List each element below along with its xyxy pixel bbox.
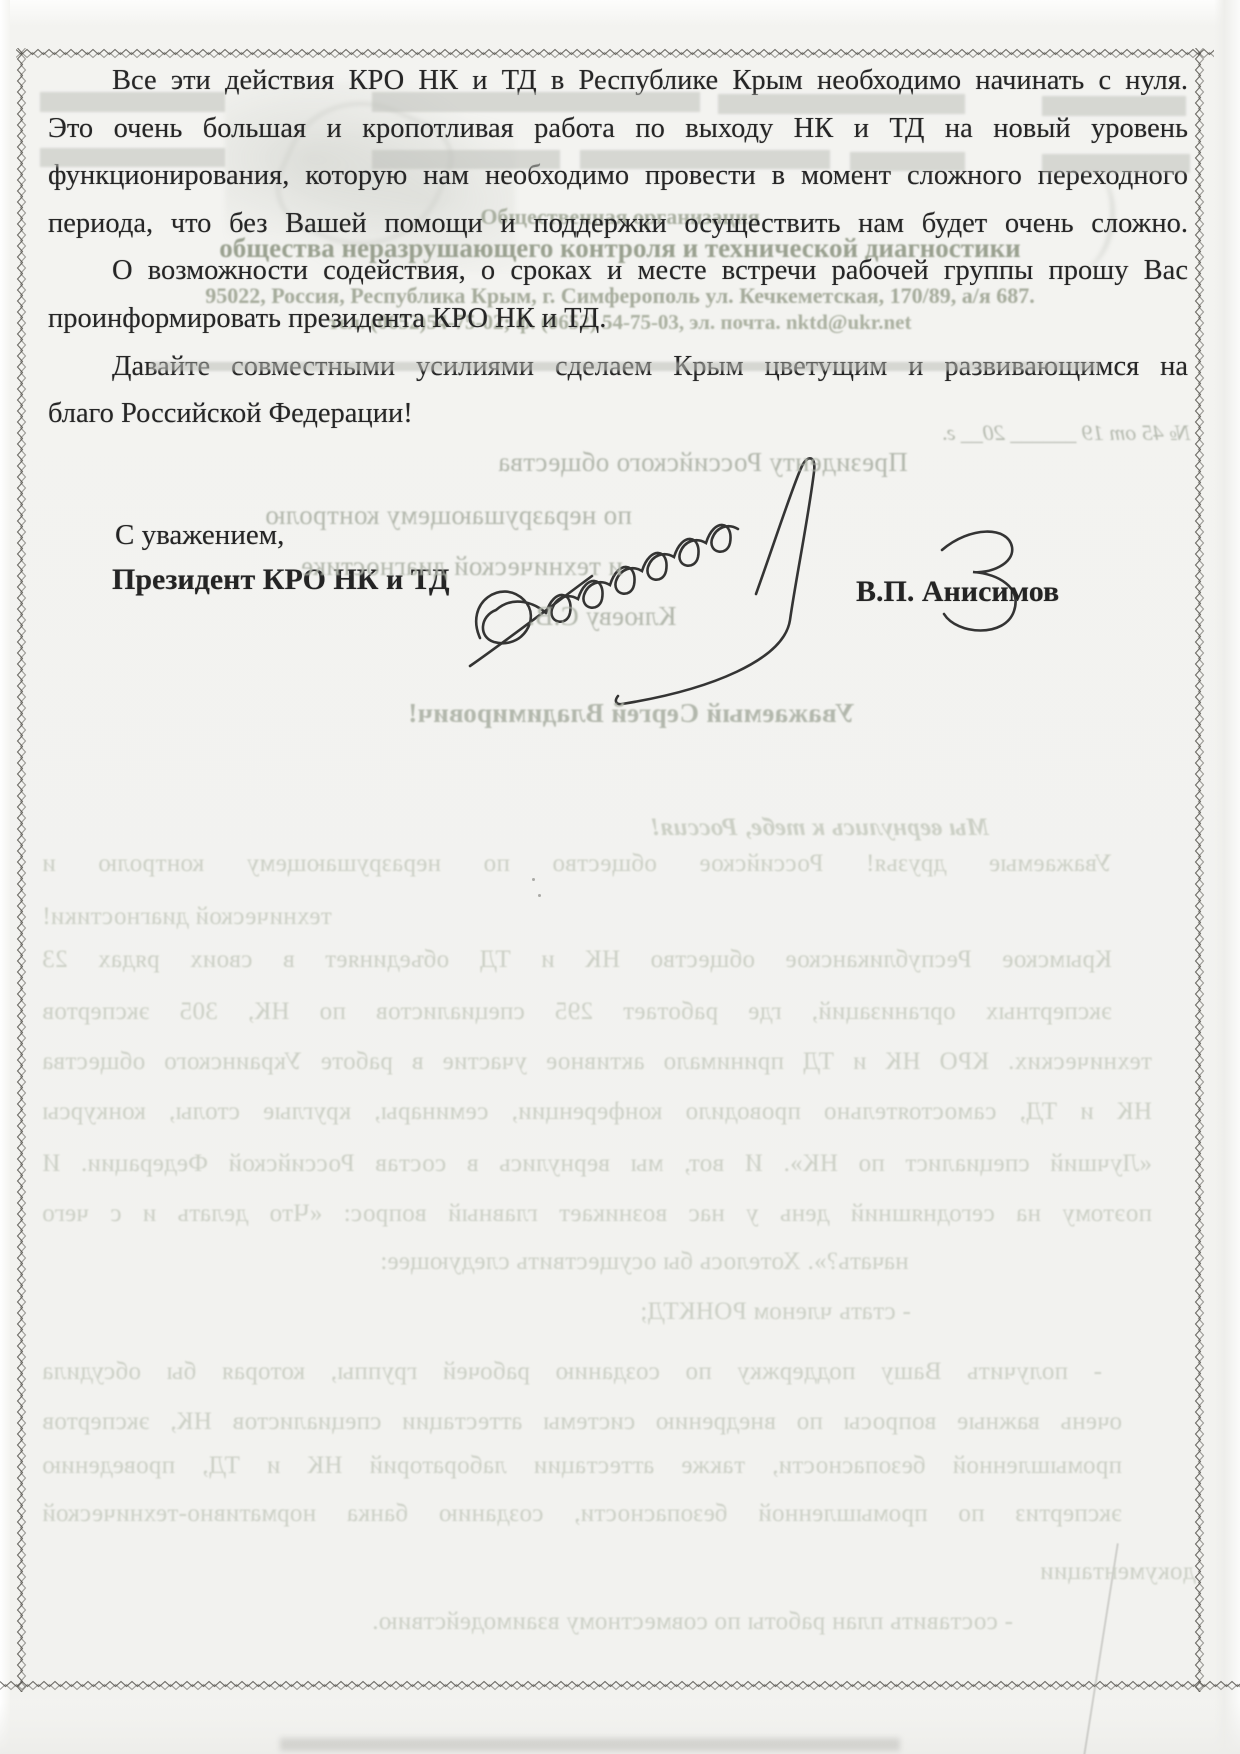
bleedthrough-line: промышленной безопасности, также аттеста… <box>42 1452 1122 1480</box>
bleedthrough-line: технической диагностики! <box>42 903 332 931</box>
showthrough-bar <box>40 92 225 112</box>
bleedthrough-line: Мы вернулись к тебе, Россия! <box>650 814 989 842</box>
showthrough-bar <box>850 152 965 171</box>
bleedthrough-line: Уважаемый Сергей Владимирович! <box>408 698 855 729</box>
scan-edge-right <box>1214 0 1240 1754</box>
bleedthrough-line: Президенту Российского общества <box>498 447 908 478</box>
dust-speck <box>538 894 541 897</box>
zigzag-border-left-icon <box>16 48 30 1692</box>
bleedthrough-line: и технической диагностике <box>301 551 623 582</box>
bleedthrough-line: технических. КРО НК и ТД принимало актив… <box>42 1048 1152 1076</box>
bleedthrough-line: - составить план работы по совместному в… <box>372 1608 1013 1636</box>
bleedthrough-line: НК и ТД, самостоятельно проводило конфер… <box>42 1098 1152 1126</box>
bleedthrough-line: Уважаемые друзья! Российское общество по… <box>42 850 1112 878</box>
scan-edge-left <box>0 0 10 1754</box>
body-line: периода, что без Вашей помощи и поддержк… <box>48 200 1188 248</box>
scan-smudge <box>280 1738 900 1751</box>
bleedthrough-line: по неразрушающему контролю <box>265 500 632 531</box>
dust-speck <box>532 878 535 881</box>
bleedthrough-line: поэтому на сегодняшний день у нас возник… <box>42 1200 1152 1228</box>
bleedthrough-line: документации <box>1040 1558 1196 1586</box>
showthrough-bar <box>372 150 560 169</box>
zigzag-border-right-icon <box>1194 48 1208 1692</box>
body-line: О возможности содействия, о сроках и мес… <box>48 247 1188 295</box>
showthrough-bar <box>1042 154 1190 173</box>
bleedthrough-line: экспертных организаций, где работает 295… <box>42 998 1112 1026</box>
bleedthrough-line: - получить Вашу поддержку по созданию ра… <box>42 1358 1102 1386</box>
showthrough-bar <box>40 148 225 167</box>
bleedthrough-line: начать?». Хотелось бы осуществить следую… <box>380 1248 909 1276</box>
showthrough-bar <box>1042 96 1186 116</box>
showthrough-bar <box>150 362 1100 371</box>
bleedthrough-line: Клюеву С.В. <box>528 601 677 632</box>
bleedthrough-line: экспертиз по промышленной безопасности, … <box>42 1500 1122 1528</box>
zigzag-border-bottom-icon <box>0 1680 1240 1694</box>
body-line: проинформировать президента КРО НК и ТД. <box>48 295 1188 343</box>
bleedthrough-line: - стать членом РОНКТД; <box>640 1298 911 1326</box>
bleedthrough-line: «Лучший специалист по НК». И вот, мы вер… <box>42 1150 1152 1178</box>
bleedthrough-line: очень важные вопросы по внедрению систем… <box>42 1408 1122 1436</box>
scanned-letter-page: Общественная организация общества неразр… <box>0 0 1240 1754</box>
showthrough-bar <box>372 92 700 112</box>
showthrough-bar <box>580 150 830 169</box>
showthrough-bar <box>718 94 965 114</box>
bleedthrough-line: Крымское Республиканское общество НК и Т… <box>42 946 1112 974</box>
closing-salutation: С уважением, <box>115 519 284 552</box>
body-text: Все эти действия КРО НК и ТД в Республик… <box>48 57 1188 438</box>
